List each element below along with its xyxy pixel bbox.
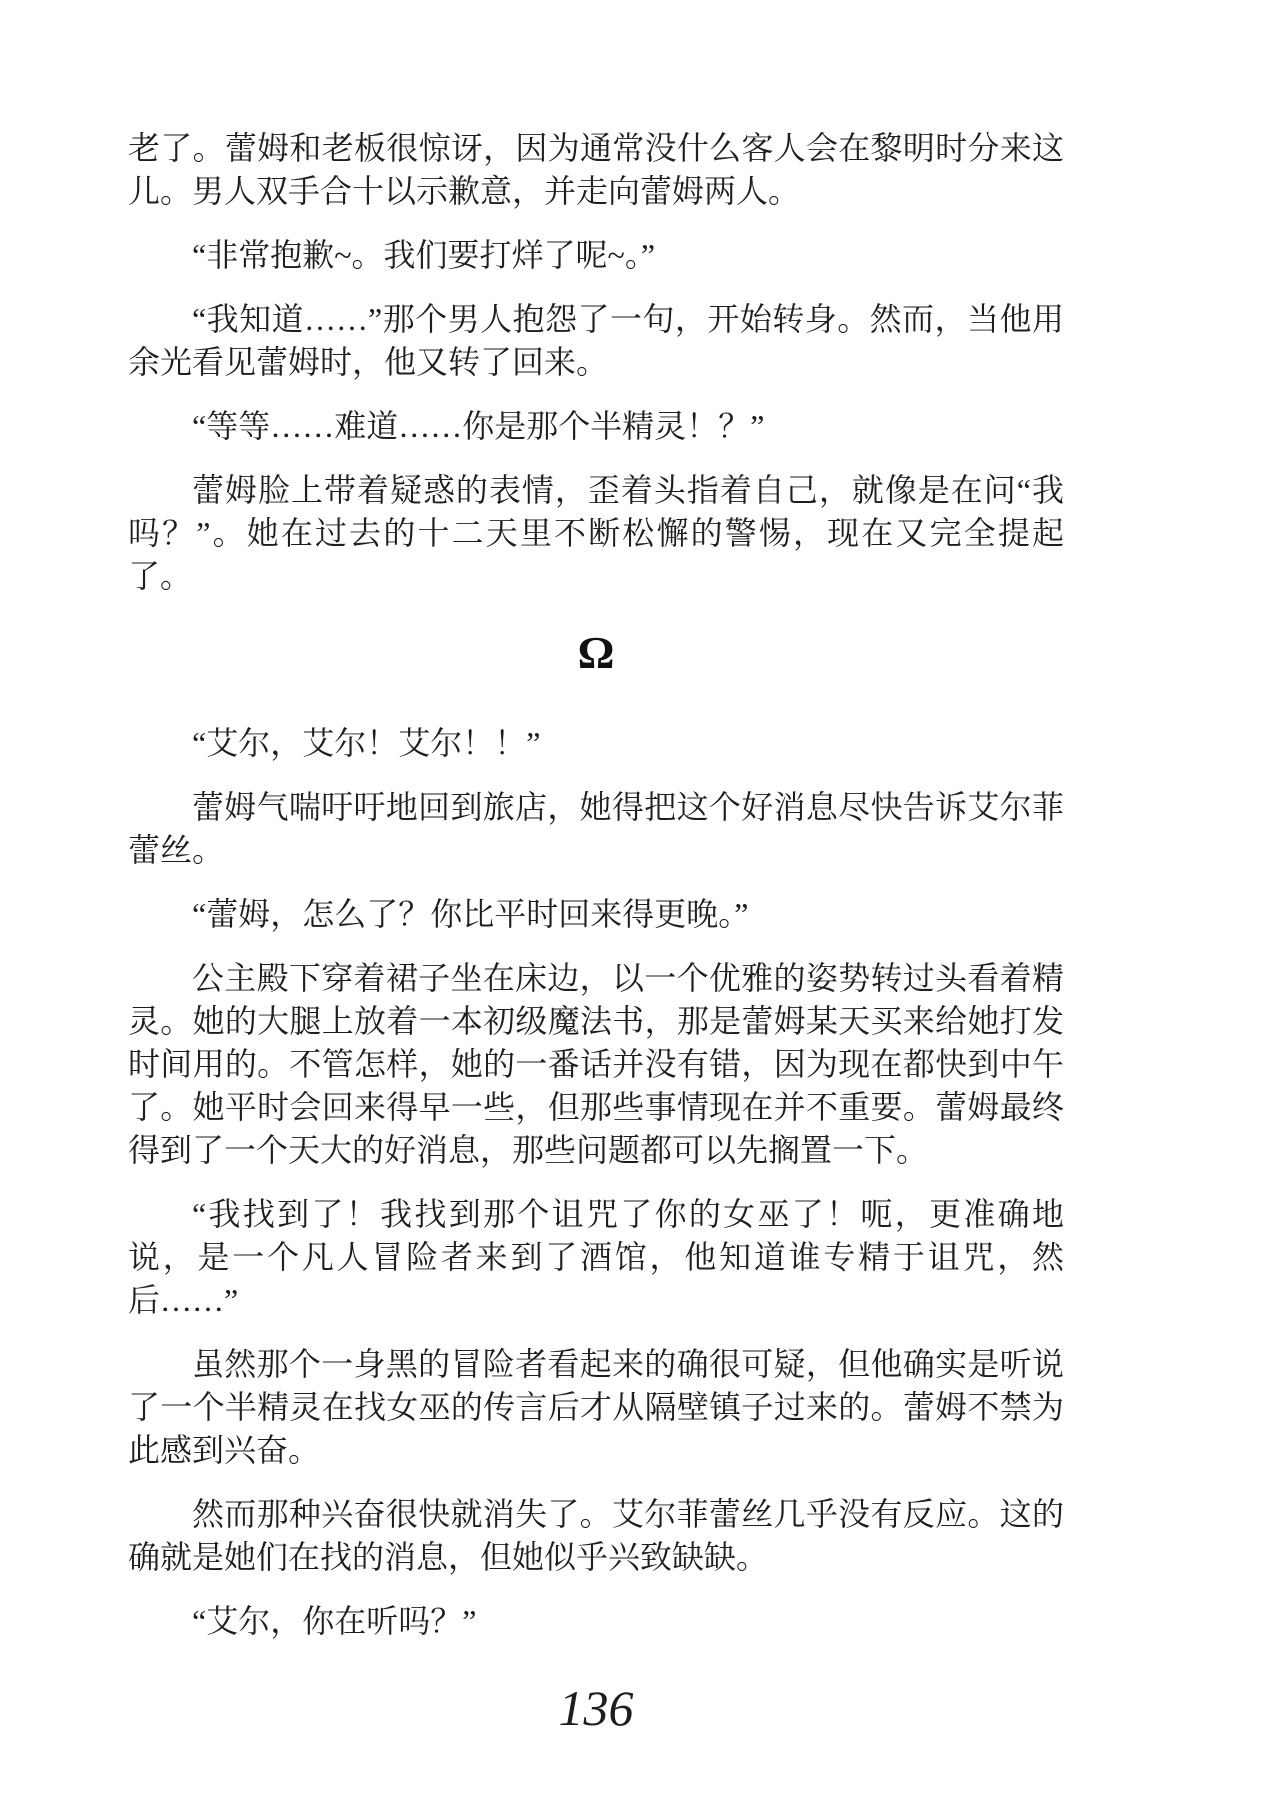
paragraph: 公主殿下穿着裙子坐在床边，以一个优雅的姿势转过头看着精灵。她的大腿上放着一本初级… xyxy=(128,957,1064,1172)
paragraph: “等等……难道……你是那个半精灵！？” xyxy=(128,405,1064,448)
paragraph: 虽然那个一身黑的冒险者看起来的确很可疑，但他确实是听说了一个半精灵在找女巫的传言… xyxy=(128,1343,1064,1472)
paragraph: “非常抱歉~。我们要打烊了呢~。” xyxy=(128,234,1064,277)
paragraph: 蕾姆脸上带着疑惑的表情，歪着头指着自己，就像是在问“我吗？”。她在过去的十二天里… xyxy=(128,469,1064,598)
book-page: 老了。蕾姆和老板很惊讶，因为通常没什么客人会在黎明时分来这儿。男人双手合十以示歉… xyxy=(0,0,1280,1816)
paragraph: “我找到了！我找到那个诅咒了你的女巫了！呃，更准确地说，是一个凡人冒险者来到了酒… xyxy=(128,1193,1064,1322)
paragraph: “我知道……”那个男人抱怨了一句，开始转身。然而，当他用余光看见蕾姆时，他又转了… xyxy=(128,298,1064,384)
section-divider: Ω xyxy=(128,622,1064,684)
page-number: 136 xyxy=(128,1679,1064,1737)
paragraph: 老了。蕾姆和老板很惊讶，因为通常没什么客人会在黎明时分来这儿。男人双手合十以示歉… xyxy=(128,127,1064,213)
paragraph: “蕾姆，怎么了？你比平时回来得更晚。” xyxy=(128,893,1064,936)
paragraph: 然而那种兴奋很快就消失了。艾尔菲蕾丝几乎没有反应。这的确就是她们在找的消息，但她… xyxy=(128,1493,1064,1579)
paragraph: “艾尔，你在听吗？” xyxy=(128,1600,1064,1643)
paragraph: 蕾姆气喘吁吁地回到旅店，她得把这个好消息尽快告诉艾尔菲蕾丝。 xyxy=(128,786,1064,872)
paragraph: “艾尔，艾尔！艾尔！！” xyxy=(128,722,1064,765)
page-content: 老了。蕾姆和老板很惊讶，因为通常没什么客人会在黎明时分来这儿。男人双手合十以示歉… xyxy=(128,127,1064,1737)
